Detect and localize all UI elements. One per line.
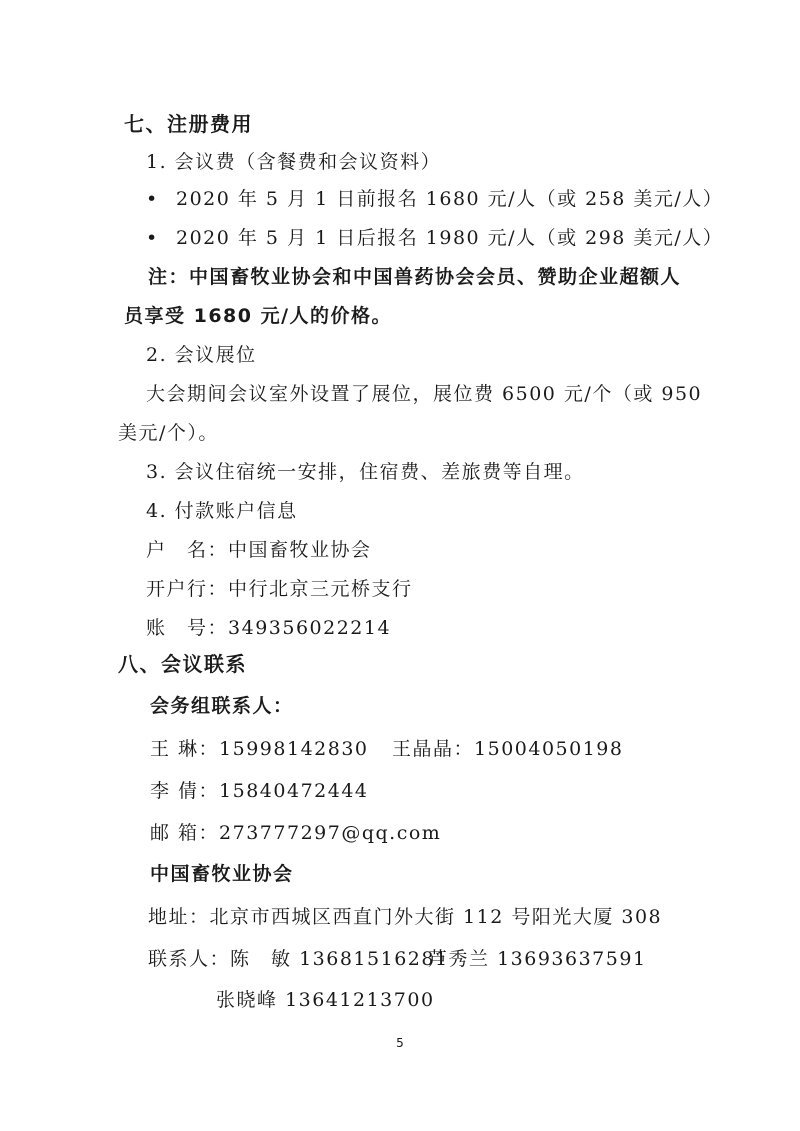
account-name-value: 中国畜牧业协会 (228, 539, 372, 561)
contact-label: 王 琳： (150, 738, 219, 760)
item-4-payment-info: 4. 付款账户信息 (146, 499, 298, 523)
contact-wang-lin: 王 琳：15998142830 (150, 737, 369, 761)
section-8-heading: 八、会议联系 (118, 652, 247, 676)
org-title: 中国畜牧业协会 (150, 862, 294, 886)
contact-phone: 13693637591 (497, 948, 646, 970)
contact-name: 芦秀兰 (428, 948, 490, 970)
org-address: 地址：北京市西城区西直门外大街 112 号阳光大厦 308 (148, 905, 662, 929)
contact-people-zhang: 张晓峰 13641213700 (216, 988, 435, 1012)
bullet-icon: • (146, 226, 176, 250)
bullet-early-fee: •2020 年 5 月 1 日前报名 1680 元/人（或 258 美元/人） (146, 187, 723, 211)
contact-label: 李 倩： (150, 780, 219, 802)
item-3-accommodation: 3. 会议住宿统一安排，住宿费、差旅费等自理。 (146, 460, 585, 484)
item-2-booth: 2. 会议展位 (146, 343, 257, 367)
account-number-row: 账 号：349356022214 (146, 616, 391, 640)
bullet-text: 2020 年 5 月 1 日前报名 1680 元/人（或 258 美元/人） (176, 188, 723, 210)
contact-email: 邮 箱：273777297@qq.com (150, 821, 441, 845)
contact-people-row-1: 联系人：陈 敏 13681516281 (148, 947, 449, 971)
bullet-text: 2020 年 5 月 1 日后报名 1980 元/人（或 298 美元/人） (176, 227, 723, 249)
contact-name: 陈 敏 (230, 948, 292, 970)
contact-phone: 15004050198 (474, 738, 623, 760)
booth-line-2: 美元/个）。 (118, 421, 219, 445)
contact-phone: 13681516281 (299, 948, 448, 970)
contact-li-qian: 李 倩：15840472444 (150, 779, 369, 803)
contact-people-lu: 芦秀兰 13693637591 (428, 947, 647, 971)
page-number: 5 (0, 1036, 800, 1050)
account-number-value: 349356022214 (228, 617, 391, 639)
note-line-2: 员享受 1680 元/人的价格。 (124, 304, 392, 328)
bank-row: 开户行：中行北京三元桥支行 (146, 577, 413, 601)
contact-people-label: 联系人： (148, 948, 230, 970)
account-name-row: 户 名：中国畜牧业协会 (146, 538, 372, 562)
bank-value: 中行北京三元桥支行 (228, 578, 413, 600)
contact-email-value: 273777297@qq.com (219, 822, 441, 844)
account-name-label: 户 名： (146, 539, 228, 561)
booth-line-1: 大会期间会议室外设置了展位，展位费 6500 元/个（或 950 (146, 382, 702, 406)
contact-name: 张晓峰 (216, 989, 278, 1011)
item-1-meeting-fee: 1. 会议费（含餐费和会议资料） (146, 150, 441, 174)
bank-label: 开户行： (146, 578, 228, 600)
group-contacts-title: 会务组联系人： (150, 694, 294, 718)
bullet-late-fee: •2020 年 5 月 1 日后报名 1980 元/人（或 298 美元/人） (146, 226, 723, 250)
contact-phone: 15998142830 (219, 738, 368, 760)
contact-label: 王晶晶： (392, 738, 474, 760)
contact-wang-jingjing: 王晶晶：15004050198 (392, 737, 624, 761)
contact-label: 邮 箱： (150, 822, 219, 844)
note-line-1: 注：中国畜牧业协会和中国兽药协会会员、赞助企业超额人 (148, 265, 681, 289)
bullet-icon: • (146, 187, 176, 211)
section-7-heading: 七、注册费用 (124, 112, 253, 136)
contact-phone: 15840472444 (219, 780, 368, 802)
contact-phone: 13641213700 (285, 989, 434, 1011)
account-number-label: 账 号： (146, 617, 228, 639)
